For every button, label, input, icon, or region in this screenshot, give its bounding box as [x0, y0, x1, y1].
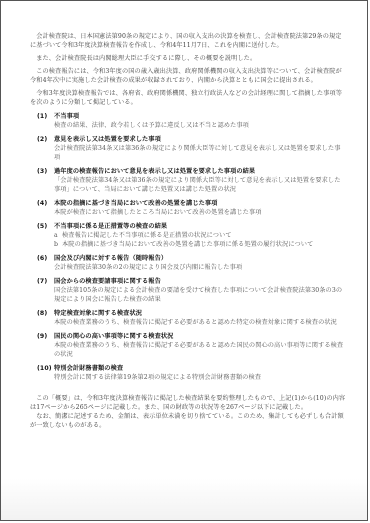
section-title: 意見を表示し又は処置を要求した事項 — [54, 135, 161, 144]
section-title: 国会からの検査要請事項に関する報告 — [54, 277, 161, 286]
section-title: 特定検査対象に関する検査状況 — [54, 309, 142, 318]
section-number: (6) — [37, 254, 54, 263]
section-number: (10) — [37, 364, 54, 373]
intro-paragraph-2: また、会計検査院長は内閣総理大臣に手交するに際し、その概要を説明した。 — [30, 54, 346, 63]
intro-paragraph-1: 会計検査院は、日本国憲法第90条の規定により、国の収入支出の決算を検査し、会計検… — [30, 32, 346, 50]
section-item-3: (3) 過年度の検査報告において意見を表示し又は処置を要求した事項の結果 「会計… — [30, 167, 346, 194]
sublist-item-b: b 本院の指摘に基づき当局において改善の処置を講じた事項に係る処置の履行状況につ… — [54, 240, 346, 249]
section-heading: (9) 国民の関心の高い事項等に関する検査状況 — [37, 332, 346, 341]
section-description: 国会法第105条の規定による会計検査の要請を受けて検査した事項について会計検査院… — [54, 286, 346, 304]
section-item-9: (9) 国民の関心の高い事項等に関する検査状況 本院の検査業務のうち、検査報告に… — [30, 332, 346, 359]
section-item-7: (7) 国会からの検査要請事項に関する報告 国会法第105条の規定による会計検査… — [30, 277, 346, 304]
footer-notes: この「概要」は、令和3年度決算検査報告に掲記した検査結果を要約整理したもので、上… — [30, 394, 346, 430]
sublist-text: 検査報告に掲記した不当事項に係る是正措置の状況について — [62, 231, 232, 240]
section-title: 特別会計財務書類の検査 — [54, 364, 123, 373]
intro-paragraph-4: 令和3年度決算検査報告では、各府省、政府関係機関、独立行政法人などの会計経理に関… — [30, 89, 346, 107]
section-description: 会計検査院法第34条又は第36条の規定により関係大臣等に対して意見を表示し又は処… — [54, 144, 346, 162]
section-heading: (10) 特別会計財務書類の検査 — [37, 364, 346, 373]
section-description: 特別会計に関する法律第19条第2項の規定による特別会計財務書類の検査 — [54, 373, 346, 382]
section-description: 「会計検査院法第34条又は第36条の規定により関係大臣等に対して意見を表示し又は… — [54, 176, 346, 194]
section-heading: (6) 国会及び内閣に対する報告（随時報告） — [37, 254, 346, 263]
footer-paragraph-1: この「概要」は、令和3年度決算検査報告に掲記した検査結果を要約整理したもので、上… — [30, 394, 346, 412]
section-heading: (5) 不当事項に係る是正措置等の検査の結果 — [37, 222, 346, 231]
section-title: 不当事項 — [54, 112, 79, 121]
section-description: 会計検査院法第30条の2の規定により国会及び内閣に報告した事項 — [54, 263, 346, 272]
section-heading: (8) 特定検査対象に関する検査状況 — [37, 309, 346, 318]
section-item-10: (10) 特別会計財務書類の検査 特別会計に関する法律第19条第2項の規定による… — [30, 364, 346, 382]
section-number: (7) — [37, 277, 54, 286]
section-title: 国会及び内閣に対する報告（随時報告） — [54, 254, 167, 263]
section-item-1: (1) 不当事項 検査の結果、法律、政令若しくは予算に違反し又は不当と認めた事項 — [30, 112, 346, 130]
section-item-6: (6) 国会及び内閣に対する報告（随時報告） 会計検査院法第30条の2の規定によ… — [30, 254, 346, 272]
section-number: (2) — [37, 135, 54, 144]
section-title: 過年度の検査報告において意見を表示し又は処置を要求した事項の結果 — [54, 167, 255, 176]
section-heading: (3) 過年度の検査報告において意見を表示し又は処置を要求した事項の結果 — [37, 167, 346, 176]
section-item-8: (8) 特定検査対象に関する検査状況 本院の検査業務のうち、検査報告に掲記する必… — [30, 309, 346, 327]
section-title: 本院の指摘に基づき当局において改善の処置を講じた事項 — [54, 199, 217, 208]
section-title: 不当事項に係る是正措置等の検査の結果 — [54, 222, 167, 231]
section-description: 本院が検査において指摘したところ当局において改善の処置を講じた事項 — [54, 208, 346, 217]
section-item-2: (2) 意見を表示し又は処置を要求した事項 会計検査院法第34条又は第36条の規… — [30, 135, 346, 162]
section-heading: (4) 本院の指摘に基づき当局において改善の処置を講じた事項 — [37, 199, 346, 208]
sublist-item-a: a 検査報告に掲記した不当事項に係る是正措置の状況について — [54, 231, 346, 240]
sublist-text: 本院の指摘に基づき当局において改善の処置を講じた事項に係る処置の履行状況について — [62, 240, 313, 249]
section-heading: (2) 意見を表示し又は処置を要求した事項 — [37, 135, 346, 144]
section-number: (5) — [37, 222, 54, 231]
section-number: (9) — [37, 332, 54, 341]
section-sublist: a 検査報告に掲記した不当事項に係る是正措置の状況について b 本院の指摘に基づ… — [54, 231, 346, 249]
section-description: 検査の結果、法律、政令若しくは予算に違反し又は不当と認めた事項 — [54, 121, 346, 130]
section-number: (3) — [37, 167, 54, 176]
section-heading: (7) 国会からの検査要請事項に関する報告 — [37, 277, 346, 286]
section-description: 本院の検査業務のうち、検査報告に掲記する必要があると認めた国民の関心の高い事項等… — [54, 341, 346, 359]
section-title: 国民の関心の高い事項等に関する検査状況 — [54, 332, 173, 341]
section-number: (8) — [37, 309, 54, 318]
sublist-marker: a — [54, 231, 62, 240]
sublist-marker: b — [54, 240, 62, 249]
document-content: 会計検査院は、日本国憲法第90条の規定により、国の収入支出の決算を検査し、会計検… — [30, 32, 346, 430]
section-item-4: (4) 本院の指摘に基づき当局において改善の処置を講じた事項 本院が検査において… — [30, 199, 346, 217]
section-item-5: (5) 不当事項に係る是正措置等の検査の結果 a 検査報告に掲記した不当事項に係… — [30, 222, 346, 249]
section-heading: (1) 不当事項 — [37, 112, 346, 121]
section-description: 本院の検査業務のうち、検査報告に掲記する必要があると認めた特定の検査対象に関する… — [54, 318, 346, 327]
intro-paragraph-3: この検査報告には、令和3年度の国の歳入歳出決算、政府関係機関の収入支出決算等につ… — [30, 67, 346, 85]
section-number: (4) — [37, 199, 54, 208]
section-number: (1) — [37, 112, 54, 121]
document-page: 会計検査院は、日本国憲法第90条の規定により、国の収入支出の決算を検査し、会計検… — [0, 0, 368, 521]
footer-paragraph-2: なお、簡潔に記述するため、金額は、表示単位未満を切り捨てている。このため、集計し… — [30, 412, 346, 430]
